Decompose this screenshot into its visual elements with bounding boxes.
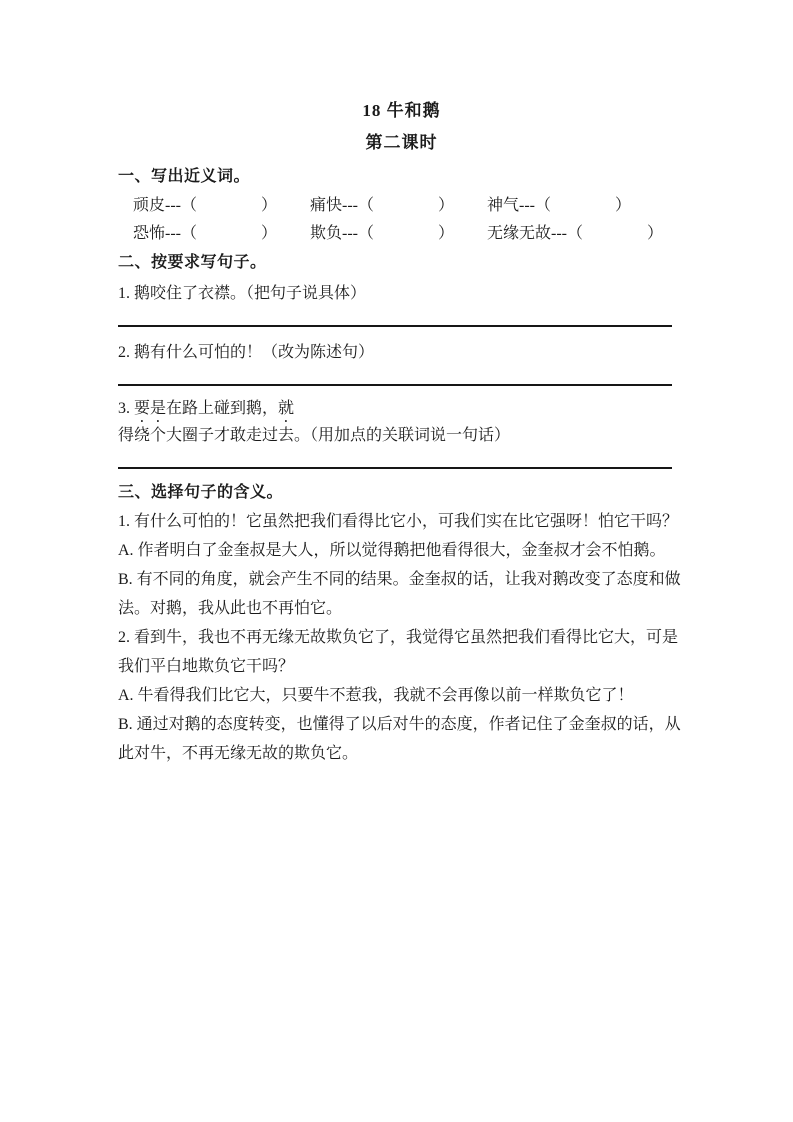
question-3-emphasis-2: 就	[278, 400, 294, 417]
section-1-heading: 一、写出近义词。	[118, 167, 685, 187]
worksheet-page: 18 牛和鹅 第二课时 一、写出近义词。 顽皮---（ ） 痛快---（ ） 神…	[0, 0, 793, 1122]
synonym-cell: 欺负---（ ）	[310, 224, 487, 244]
synonym-cell: 无缘无故---（ ）	[487, 224, 663, 244]
question-3-middle: 在路上碰到鹅，	[166, 400, 278, 417]
worksheet-content: 18 牛和鹅 第二课时 一、写出近义词。 顽皮---（ ） 痛快---（ ） 神…	[118, 101, 685, 768]
question-3-prefix: 3.	[118, 400, 134, 417]
question-3-emphasis-1: 要是	[134, 400, 166, 417]
question-1: 1. 鹅咬住了衣襟。（把句子说具体）	[118, 284, 685, 304]
passage-line: A. 牛看得我们比它大，只要牛不惹我，我就不会再像以前一样欺负它了！	[118, 681, 685, 710]
synonym-cell: 恐怖---（ ）	[133, 224, 310, 244]
passage-line: A. 作者明白了金奎叔是大人，所以觉得鹅把他看得很大，金奎叔才会不怕鹅。	[118, 536, 685, 565]
section-3-heading: 三、选择句子的含义。	[118, 483, 685, 503]
page-title: 18 牛和鹅	[118, 101, 685, 121]
passage-line: 1. 有什么可怕的！它虽然把我们看得比它小，可我们实在比它强呀！怕它干吗？	[118, 507, 685, 536]
passage-line: 我们平白地欺负它干吗？	[118, 652, 685, 681]
question-3: 3. 要是在路上碰到鹅，就得绕个大圈子才敢走过去。（用加点的关联词说一句话）	[118, 399, 685, 446]
answer-line-2	[118, 363, 672, 386]
page-subtitle: 第二课时	[118, 133, 685, 153]
synonym-row-1: 顽皮---（ ） 痛快---（ ） 神气---（ ）	[133, 196, 685, 216]
section-3-body: 1. 有什么可怕的！它虽然把我们看得比它小，可我们实在比它强呀！怕它干吗？ A.…	[118, 507, 685, 768]
synonym-cell: 顽皮---（ ）	[133, 196, 310, 216]
synonym-cell: 神气---（ ）	[487, 196, 631, 216]
passage-line: 法。对鹅，我从此也不再怕它。	[118, 594, 685, 623]
synonym-cell: 痛快---（ ）	[310, 196, 487, 216]
passage-line: 此对牛，不再无缘无故的欺负它。	[118, 739, 685, 768]
answer-line-3	[118, 446, 672, 469]
passage-line: B. 有不同的角度，就会产生不同的结果。金奎叔的话，让我对鹅改变了态度和做	[118, 565, 685, 594]
answer-line-1	[118, 304, 672, 327]
passage-line: 2. 看到牛，我也不再无缘无故欺负它了，我觉得它虽然把我们看得比它大，可是	[118, 623, 685, 652]
synonym-row-2: 恐怖---（ ） 欺负---（ ） 无缘无故---（ ）	[133, 224, 685, 244]
section-2-heading: 二、按要求写句子。	[118, 253, 685, 273]
question-3-suffix: 得绕个大圈子才敢走过去。（用加点的关联词说一句话）	[118, 427, 510, 444]
question-2: 2. 鹅有什么可怕的！（改为陈述句）	[118, 343, 685, 363]
passage-line: B. 通过对鹅的态度转变，也懂得了以后对牛的态度，作者记住了金奎叔的话，从	[118, 710, 685, 739]
